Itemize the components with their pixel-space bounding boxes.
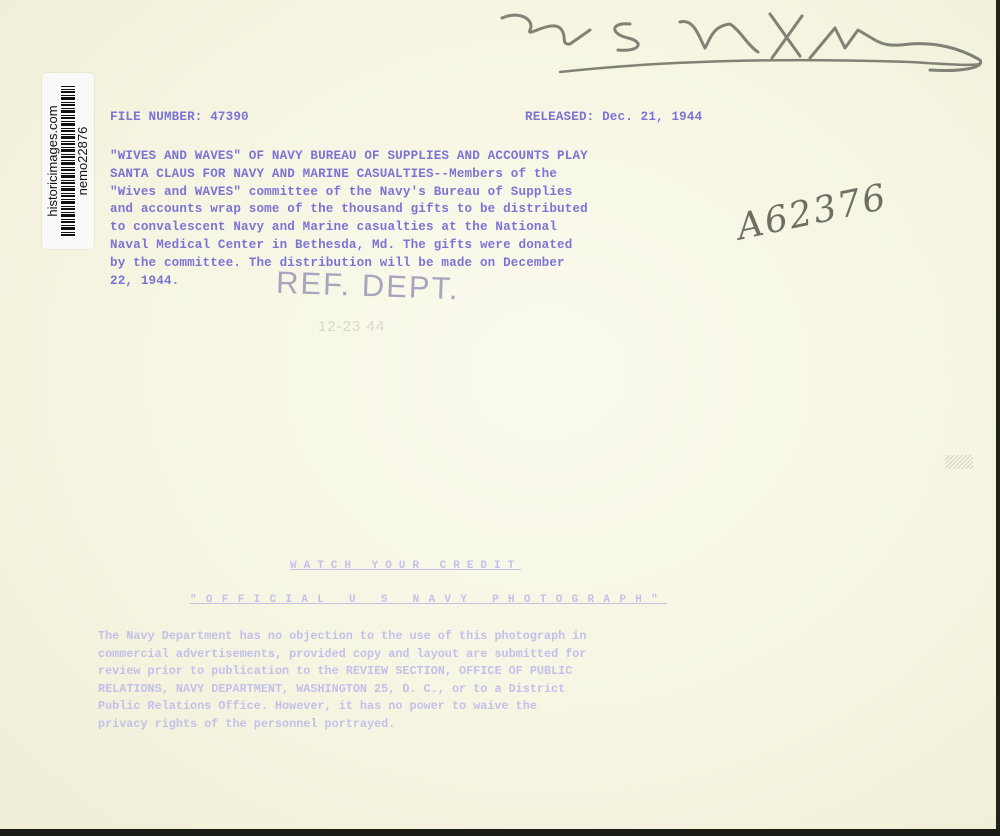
caption-line: "Wives and WAVES" committee of the Navy'…: [110, 184, 650, 202]
caption-line: SANTA CLAUS FOR NAVY AND MARINE CASUALTI…: [110, 166, 650, 184]
archive-label-sticker: historicimages.com nemo22876: [42, 73, 94, 249]
caption-line: "WIVES AND WAVES" OF NAVY BUREAU OF SUPP…: [110, 148, 650, 166]
disclaimer-line: The Navy Department has no objection to …: [98, 628, 658, 646]
caption-line: Naval Medical Center in Bethesda, Md. Th…: [110, 237, 650, 255]
photo-back-document: historicimages.com nemo22876 FILE NUMBER…: [0, 0, 996, 829]
archive-item-code: nemo22876: [76, 127, 90, 196]
released-date: Dec. 21, 1944: [602, 110, 702, 124]
caption-line: and accounts wrap some of the thousand g…: [110, 201, 650, 219]
released-label: RELEASED:: [525, 110, 594, 124]
file-number-label: FILE NUMBER:: [110, 110, 203, 124]
stamp-date: 12-23 44: [318, 318, 385, 335]
disclaimer-line: review prior to publication to the REVIE…: [98, 663, 658, 681]
ref-dept-stamp: REF. DEPT.: [275, 265, 460, 307]
file-number-field: FILE NUMBER: 47390: [110, 110, 249, 124]
archive-site-name: historicimages.com: [46, 105, 60, 216]
scan-edge-bottom: [0, 829, 1000, 836]
scan-edge-right: [996, 0, 1000, 836]
disclaimer-line: privacy rights of the personnel portraye…: [98, 716, 658, 734]
pencil-signature: [490, 0, 990, 90]
handwritten-catalog-number: A62376: [733, 177, 891, 249]
disclaimer-line: RELATIONS, NAVY DEPARTMENT, WASHINGTON 2…: [98, 681, 658, 699]
caption-line: to convalescent Navy and Marine casualti…: [110, 219, 650, 237]
usage-disclaimer: The Navy Department has no objection to …: [98, 628, 658, 733]
file-number-value: 47390: [210, 110, 249, 124]
barcode-icon: [61, 86, 75, 236]
disclaimer-line: Public Relations Office. However, it has…: [98, 698, 658, 716]
disclaimer-line: commercial advertisements, provided copy…: [98, 646, 658, 664]
paper-scuff-mark: [945, 455, 973, 469]
watch-credit-line: WATCH YOUR CREDIT: [290, 560, 521, 572]
official-photo-line: "OFFICIAL U S NAVY PHOTOGRAPH": [190, 594, 667, 606]
released-field: RELEASED: Dec. 21, 1944: [525, 110, 702, 124]
